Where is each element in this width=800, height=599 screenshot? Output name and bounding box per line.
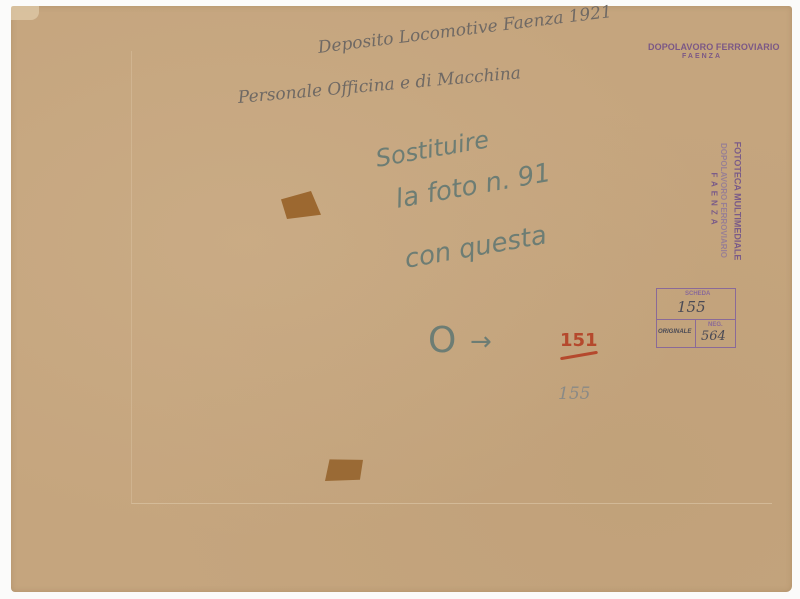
fototeca-stamp-line-3: FAENZA [710,173,719,229]
photo-imprint-outline [131,51,772,504]
red-catalog-number: 151 [560,330,598,351]
fototeca-stamp-line-2: DOPOLAVORO FERROVIARIO [719,143,728,258]
fototeca-stamp-line-1: FOTOTECA MULTIMEDIALE [732,142,742,261]
arrow-icon: → [470,327,492,357]
dopolavoro-stamp-line-2: FAENZA [682,53,722,60]
corner-wear [11,6,39,20]
neg-value: 564 [701,329,726,344]
tape-patch-lower [325,457,363,481]
scheda-stamp-box: SCHEDA 155 ORIGINALE NEG. 564 [656,288,736,348]
neg-label: NEG. [708,322,723,328]
scheda-label: SCHEDA [685,291,710,297]
circle-mark: O [428,320,456,361]
dopolavoro-stamp-line-1: DOPOLAVORO FERROVIARIO [648,42,780,52]
originale-label: ORIGINALE [658,329,691,335]
pencil-number: 155 [558,384,590,404]
scheda-value: 155 [677,298,706,316]
